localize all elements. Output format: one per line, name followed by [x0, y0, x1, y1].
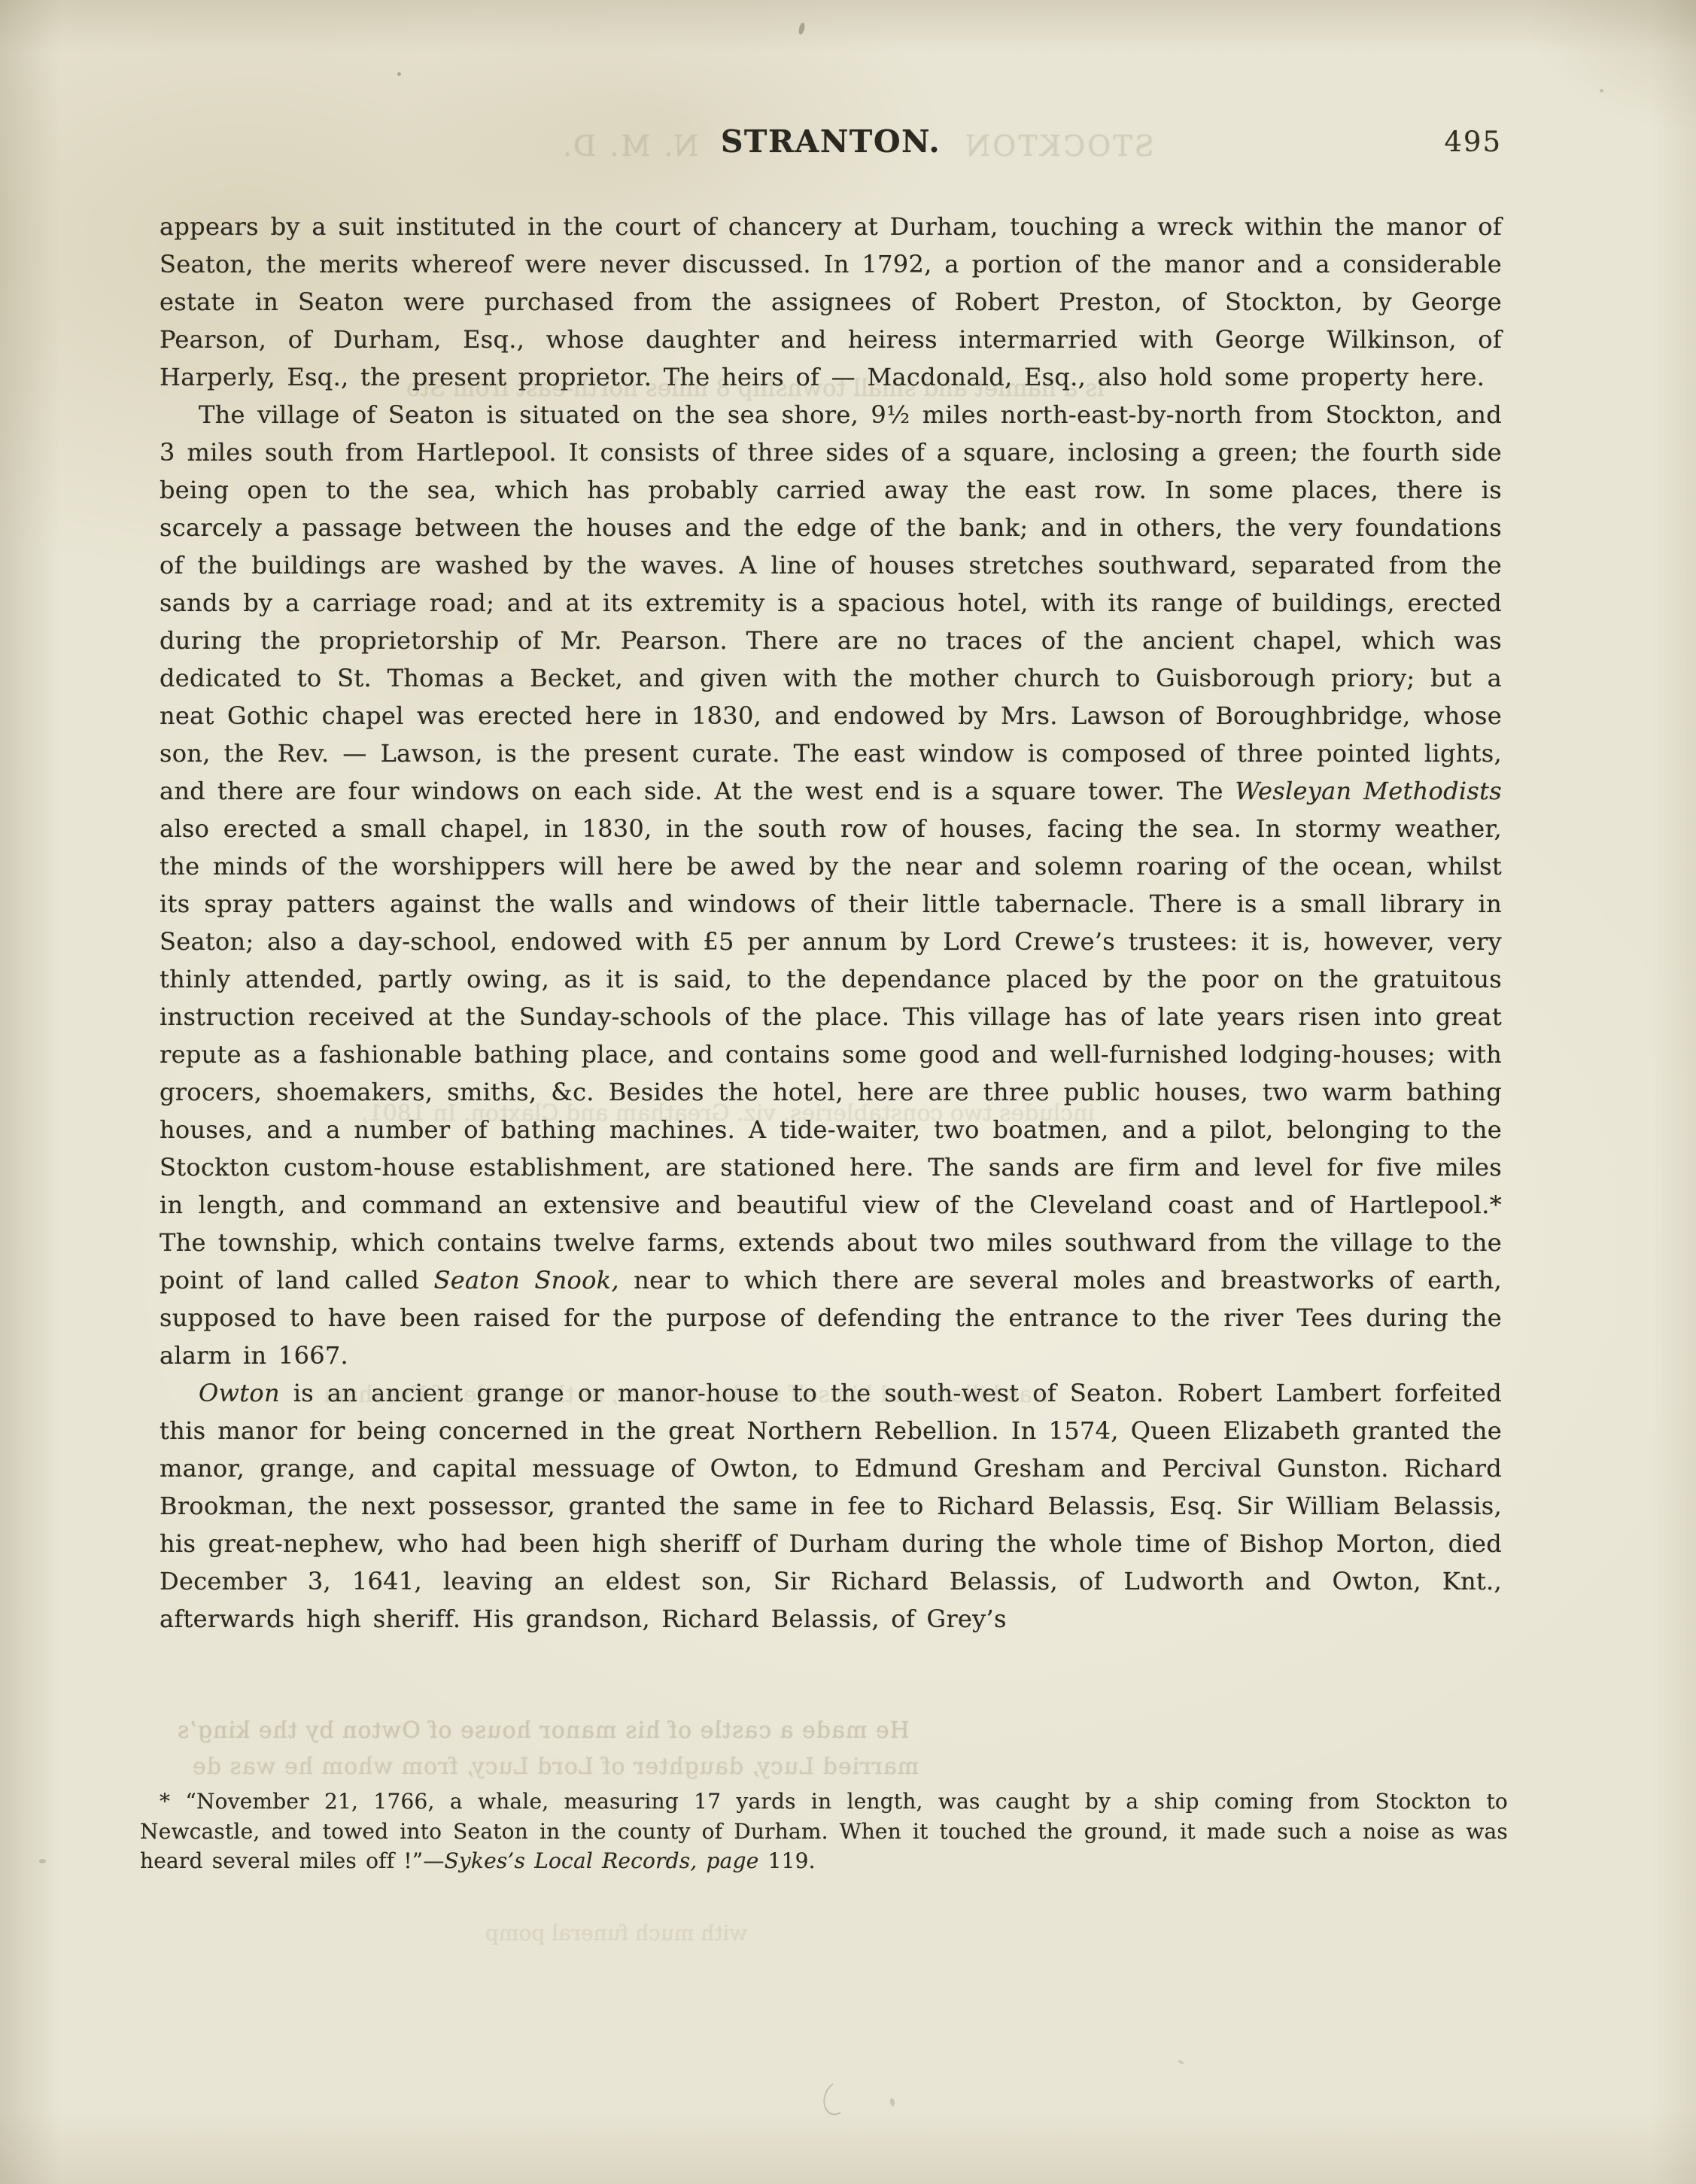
paragraph-3: Owton is an ancient grange or manor-hous… [160, 1374, 1502, 1638]
paper-speck [798, 22, 806, 35]
paragraph-text: appears by a suit instituted in the cour… [160, 212, 1502, 391]
paper-speck [889, 2098, 895, 2107]
bleedthrough-text: He made a castle of his manor house of O… [177, 1717, 910, 1744]
paper-speck [397, 72, 401, 76]
running-header: STRANTON. 495 [160, 123, 1502, 163]
paper-speck [1178, 2059, 1185, 2065]
italic-phrase: Wesleyan Methodists [1235, 777, 1502, 805]
body-text: appears by a suit instituted in the cour… [160, 208, 1502, 1638]
paragraph-2: The village of Seaton is situated on the… [160, 396, 1502, 1374]
footnote-text: 119. [758, 1848, 815, 1873]
italic-phrase: Owton [199, 1379, 280, 1407]
pencil-mark [819, 2078, 855, 2119]
page-title: STRANTON. [721, 123, 941, 160]
bleedthrough-text: with much funeral pomp [485, 1921, 748, 1945]
italic-phrase: Seaton Snook, [434, 1266, 619, 1294]
scanned-book-page: N. M. D. STOCKTON is a hamlet and small … [0, 0, 1696, 2184]
page-number: 495 [1444, 126, 1502, 158]
paragraph-text: is an ancient grange or manor-house to t… [160, 1379, 1502, 1633]
paragraph-text: also erected a small chapel, in 1830, in… [160, 814, 1502, 1294]
paragraph-text: The village of Seaton is situated on the… [160, 400, 1502, 805]
paper-speck [39, 1859, 46, 1863]
footnote-text: * “November 21, 1766, a whale, measuring… [140, 1789, 1508, 1873]
bleedthrough-text: married Lucy, daughter of Lord Lucy, fro… [192, 1754, 919, 1780]
footnote-citation: Sykes’s Local Records, page [445, 1848, 759, 1873]
paragraph-1: appears by a suit instituted in the cour… [160, 208, 1502, 396]
footnote: * “November 21, 1766, a whale, measuring… [140, 1787, 1508, 1876]
paper-speck [1600, 89, 1603, 93]
